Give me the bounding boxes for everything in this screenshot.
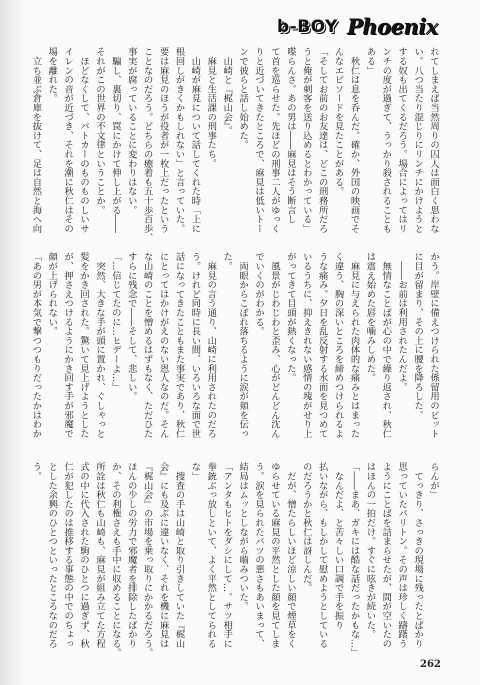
text-column: でいくのがわかる。	[250, 252, 266, 442]
text-column: 所詮は秋仁も山崎も、麻見が組み立てた方程	[91, 462, 107, 652]
text-block-bottom: らんが」 てっきり、さっきの現場に残ったとばかり 思っていたバリトン。その声は珍…	[27, 462, 441, 652]
text-column: な」	[187, 462, 203, 652]
text-column: 捜査の手は山崎と取り引きしていた『梶山	[171, 462, 187, 652]
text-column: な山崎のことを憎めるはずもなく、ただひた	[139, 252, 155, 442]
text-column: か、その利権さえも手中に収めることになる。	[107, 462, 123, 652]
text-block-middle: かう。岸壁に備えつけられた係留用のビット に目が留まり、その上に腰を降ろした。 …	[27, 252, 441, 442]
text-column: 拳銃ぶっ放しといて、よく平然としてられる	[202, 462, 218, 652]
logo-phoenix: Phoenix	[347, 14, 438, 40]
text-column: れてしまえば当然周りの囚人は面白く思わな	[425, 47, 441, 237]
text-column: 「…信じてたのに…ヒデーよ…」	[107, 252, 123, 442]
text-column: はほんの一拍だけ。すぐに呟きが続いた。	[361, 462, 377, 652]
text-column: 払いながら、もしかして慰めようとしている	[314, 462, 330, 652]
text-column: 両眼からこぼれ落ちるように涙が頬を伝っ	[234, 252, 250, 442]
text-column: く違う、胸の深いところを締めつけられるよ	[330, 252, 346, 442]
text-column: 思っていたバリトン。その声は珍しく躊躇う	[393, 462, 409, 652]
text-column: すらに残念で――そして、悲しい。	[123, 252, 139, 442]
text-column: イレンの音が近づき、それを潮に秋仁はその	[59, 47, 75, 237]
text-column: 「あの男が本気で撃つつもりだったかはわか	[27, 252, 43, 442]
text-column: 「――まあ、ガキには酷な話だったかもな…」	[346, 462, 362, 652]
text-column: 立ち並ぶ倉庫を抜けて、足は自然と海へ向	[27, 47, 43, 237]
text-column: 場を離れた。	[43, 47, 59, 237]
text-column: ある」	[361, 47, 377, 237]
text-column: かう。岸壁に備えつけられた係留用のビット	[425, 252, 441, 442]
text-column: 麻見の言う通り、山崎に利用されたのだろ	[202, 252, 218, 442]
text-column: 話になってきたこともまた事実であり、秋仁	[171, 252, 187, 442]
text-column: 会』にも及ぶに違いなく、それを機に麻見は	[155, 462, 171, 652]
text-column: ゆらせている麻見の平然とした顔を見てしま	[266, 462, 282, 652]
text-column: 騙し、裏切り、罠にかけて伸し上がる――	[107, 47, 123, 237]
text-column: 事実が腐っていることに変わりはない。	[123, 47, 139, 237]
text-column: て首を巡らせた。先ほどの刑事二人がゆっく	[266, 47, 282, 237]
text-column: らんが」	[425, 462, 441, 652]
text-column: 麻見と生活課の刑事たち。	[202, 47, 218, 237]
text-column: いるうちに、抑えきれない感情の塊がせり上	[298, 252, 314, 442]
text-column: 結局はムッとしながら嚙みついた。	[234, 462, 250, 652]
text-column: ことなのだろう。どちらの癒着も五十歩百歩、	[139, 47, 155, 237]
text-column: ンチの度が過ぎて、うっかり殺されることも	[377, 47, 393, 237]
text-block-top: れてしまえば当然周りの囚人は面白く思わな い。八つ当たり混じりにリンチにかけよう…	[27, 47, 441, 237]
text-column: うな痛み。夕日を乱反射する水面を見つめて	[314, 252, 330, 442]
text-column: 根回しがきくかもしれない」と言っていた。	[171, 47, 187, 237]
text-column: 突然、大きな手が頭に置かれ、ぐしゃっと	[91, 252, 107, 442]
logo-b-boy: b-BOY	[277, 18, 338, 36]
text-column: んなエピソードを見たことがある。	[330, 47, 346, 237]
text-column: ンで彼らと話し始めた。	[234, 47, 250, 237]
text-column: い。八つ当たり混じりにリンチにかけようと	[409, 47, 425, 237]
text-column: う。涙を見られたバツの悪さもあいまって、	[250, 462, 266, 652]
text-column: 髪をかき回された。驚いて見上げようとした	[75, 252, 91, 442]
text-column: 秋仁は息を呑んだ。確か、外国の映画でそ	[346, 47, 362, 237]
text-column: う。	[27, 462, 43, 652]
page-number: 262	[420, 659, 441, 670]
text-column: 風景がじわじわと歪み、心がどんどん沈ん	[266, 252, 282, 442]
text-column: 「そしてお前のお友達は、どこの刑務所だろ	[314, 47, 330, 237]
text-column: ほんの少しの労力で邪魔者を排除したばかり	[123, 462, 139, 652]
text-column: とした余興のひとつといったところなのだろ	[43, 462, 59, 652]
text-column: 麻見に与えられた肉体的な痛みとはまった	[346, 252, 362, 442]
text-column: てっきり、さっきの現場に残ったとばかり	[409, 462, 425, 652]
text-column: りと近づいてきたところで、麻見は低いトー	[250, 47, 266, 237]
text-column: が、押さえつけるようにかき回す手が邪魔で	[59, 252, 75, 442]
page-edge-shadow	[0, 0, 26, 685]
text-column: 山崎が麻見について話してくれた時「上に	[187, 47, 203, 237]
text-column: にとってはかけがえのない恩人なのだ。そん	[155, 252, 171, 442]
text-column: 仁が犯したのは推移する事態の中でのちょっ	[59, 462, 75, 652]
text-column: 要は麻見のほうが役者が一枚上だったという	[155, 47, 171, 237]
text-column: 「アンタもヒトをダシにして…。サツ相手に	[218, 462, 234, 652]
text-column: それがこの世界の不文律ということか。	[91, 47, 107, 237]
text-column: する奴も出てくるだろう。場合によってはリ	[393, 47, 409, 237]
text-column: 式の中に代入された駒のひとつに過ぎず、秋	[75, 462, 91, 652]
text-column: ようにことばを詰まらせたが、間が空いたの	[377, 462, 393, 652]
text-column: に目が留まり、その上に腰を降ろした。	[409, 252, 425, 442]
text-column: なんだよ、と苦々しい口調で手を振り	[330, 462, 346, 652]
text-column: 山崎と『梶山会』。	[218, 47, 234, 237]
text-column: ほどなくして、パトカーのものものしいサ	[75, 47, 91, 237]
text-column: た。	[218, 252, 234, 442]
text-column: う。けれど同時に長い間、いろいろな面で世	[187, 252, 203, 442]
text-column: うと俺が刺客を送り込めるとわかっている」	[298, 47, 314, 237]
text-column: のだろうかと秋仁は訝しんだ。	[298, 462, 314, 652]
text-column: 『梶山会』の市場を乗っ取りにかかるだろう。	[139, 462, 155, 652]
text-column: 顔が上げられない。	[43, 252, 59, 442]
text-column: ――お前は利用されたんだよ。	[393, 252, 409, 442]
text-column: だが、憎たらしいほど涼しい顔で煙草をく	[282, 462, 298, 652]
text-column: 喋らんさ。あの男は――麻見はそう断言し	[282, 47, 298, 237]
text-column: 無情なことばが心の中で繰り返され、秋仁	[377, 252, 393, 442]
text-column: は震え始めた唇を噛みしめた。	[361, 252, 377, 442]
text-column: がってきて目頭が熱くなった。	[282, 252, 298, 442]
